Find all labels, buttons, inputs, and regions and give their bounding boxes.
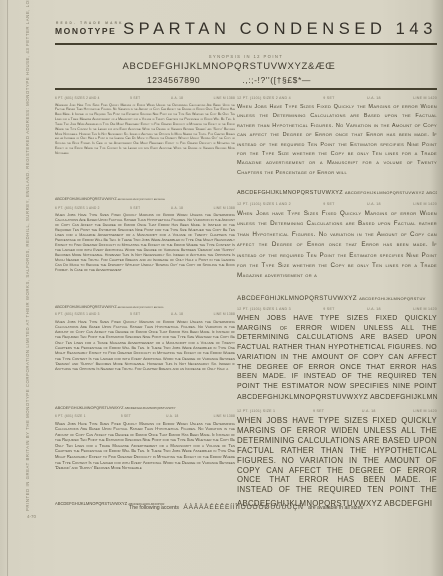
- specimen-text: When Jobs Have Type Sizes Fixed Quickly …: [237, 103, 437, 188]
- specimen-block-12pt-2: 12 PT. (1101) SIZES 1 AND 2 9 SET U.A. 1…: [237, 202, 437, 302]
- block-ua: U.A. 18: [171, 206, 183, 210]
- block-spec: 12 PT. (1101) SIZES 1 AND 3: [237, 307, 291, 311]
- block-header: 12 PT. (1101) SIZES 2 AND 4 9 SET U.A. 1…: [237, 96, 437, 100]
- specimen-block-6pt-1: 6 PT. (601) SIZES 2 AND 4 5 SET U.A. 18 …: [55, 96, 235, 201]
- specimen-text: When Jobs Have Type Sizes Fixed Quickly …: [55, 421, 235, 500]
- block-line: LINE M 1388: [214, 96, 235, 100]
- accent-glyphs: ÁÀÂÄÅÉÈÊËÍÌÎÏÓÒÔÖØÚÙÛÜÇÑ: [183, 504, 303, 511]
- block-ua: U.A. 18: [367, 96, 381, 100]
- block-ua: U.A. 18: [367, 202, 381, 206]
- block-set: 9 SET: [323, 307, 334, 311]
- specimen-text: When Jobs Have Type Sizes Fixed Quickly …: [55, 213, 235, 304]
- block-header: 6 PT. (601) SIZE 1 5 SET U.A. 18 LINE M …: [55, 414, 235, 418]
- block-header: 12 PT. (1101) SIZE 1 9 SET U.A. 18 LINE …: [237, 409, 437, 413]
- synopsis-uppercase: ABCDEFGHIJKLMNOPQRSTUVWXYZ&ÆŒ: [55, 61, 403, 72]
- block-set: 9 SET: [313, 409, 324, 413]
- block-ua: U.A. 18: [171, 312, 183, 316]
- edition-code: 4-70: [27, 514, 36, 519]
- block-spec: 6 PT. (601) SIZE 1: [55, 414, 86, 418]
- accents-prefix: The following accents: [129, 505, 179, 511]
- block-spec: 6 PT. (601) SIZES 1 AND 2: [55, 206, 100, 210]
- synopsis-figures-row: 1234567890 .,:;-!?''([†§£$*—: [55, 75, 403, 85]
- block-line: LINE M 1388: [214, 206, 235, 210]
- block-set: 5 SET: [121, 414, 131, 418]
- synopsis-figures: 1234567890: [147, 75, 200, 85]
- paper-edge-crease: [7, 0, 8, 576]
- specimen-block-6pt-2: 6 PT. (601) SIZES 1 AND 2 5 SET U.A. 18 …: [55, 206, 235, 309]
- block-spec: 12 PT. (1101) SIZES 1 AND 2: [237, 202, 291, 206]
- synopsis-punctuation: .,:;-!?''([†§£$*—: [242, 75, 311, 85]
- block-line: LINE M 1420: [413, 409, 437, 413]
- specimen-alphabet: ABCDEFGHIJKLMNOPQRSTUVWXYZ abcdefghijklm…: [55, 197, 235, 201]
- block-set: 9 SET: [323, 96, 334, 100]
- block-spec: 12 PT. (1101) SIZE 1: [237, 409, 275, 413]
- specimen-block-6pt-4: 6 PT. (601) SIZE 1 5 SET U.A. 18 LINE M …: [55, 414, 235, 506]
- specimen-sheet: PRINTED IN GREAT BRITAIN BY THE MONOTYPE…: [0, 0, 443, 576]
- specimen-text: Whenever Jobs Have Type Sizes Fixed Quic…: [55, 103, 235, 196]
- block-ua: U.A. 18: [171, 96, 183, 100]
- regd-trade-mark-label: REGD. TRADE MARK: [56, 21, 124, 25]
- specimen-text: WHEN JOBS HAVE TYPE SIZES FIXED QUICKLY …: [237, 314, 437, 392]
- block-line: LINE M 1388: [214, 414, 235, 418]
- block-line: LINE M 1420: [413, 307, 437, 311]
- block-ua: U.A. 18: [367, 307, 381, 311]
- specimen-alphabet: ABCDEFGHIJKLMNOPQRSTUVWXYZ abcdefghijklm…: [55, 405, 235, 410]
- specimen-text: When Jobs have Type Sizes Fixed Quickly …: [237, 209, 437, 293]
- synopsis-rule: [55, 88, 437, 90]
- specimen-block-12pt-3: 12 PT. (1101) SIZES 1 AND 3 9 SET U.A. 1…: [237, 307, 437, 401]
- specimen-text: WHEN JOBS HAVE TYPE SIZES FIXED QUICKLY …: [237, 416, 437, 496]
- specimen-block-12pt-1: 12 PT. (1101) SIZES 2 AND 4 9 SET U.A. 1…: [237, 96, 437, 196]
- block-header: 6 PT. (601) SIZES 2 AND 4 5 SET U.A. 18 …: [55, 96, 235, 100]
- block-set: 9 SET: [323, 202, 334, 206]
- block-set: 5 SET: [130, 206, 140, 210]
- block-line: LINE M 1388: [214, 312, 235, 316]
- block-header: 12 PT. (1101) SIZES 1 AND 2 9 SET U.A. 1…: [237, 202, 437, 206]
- block-spec: 6 PT. (601) SIZES 1 AND 3: [55, 312, 100, 316]
- accents-note: The following accents ÁÀÂÄÅÉÈÊËÍÌÎÏÓÒÔÖØ…: [55, 504, 437, 511]
- specimen-alphabet: ABCDEFGHIJKLMNOPQRSTUVWXYZ ABCDEFGHIJKLM…: [237, 394, 437, 401]
- block-line: LINE M 1420: [413, 96, 437, 100]
- specimen-block-6pt-3: 6 PT. (601) SIZES 1 AND 3 5 SET U.A. 18 …: [55, 312, 235, 410]
- block-set: 5 SET: [130, 312, 140, 316]
- block-set: 5 SET: [130, 96, 140, 100]
- accents-suffix: are available in all sizes: [308, 505, 363, 511]
- block-spec: 6 PT. (601) SIZES 2 AND 4: [55, 96, 100, 100]
- block-header: 12 PT. (1101) SIZES 1 AND 3 9 SET U.A. 1…: [237, 307, 437, 311]
- page-title: SPARTAN CONDENSED 143: [123, 20, 437, 39]
- specimen-alphabet: ABCDEFGHIJKLMNOPQRSTUVWXYZ abcdefghijklm…: [237, 295, 437, 302]
- specimen-alphabet: ABCDEFGHIJKLMNOPQRSTUVWXYZ abcdefghijklm…: [55, 305, 235, 309]
- block-spec: 12 PT. (1101) SIZES 2 AND 4: [237, 96, 291, 100]
- block-ua: U.A. 18: [166, 414, 178, 418]
- synopsis-label: SYNOPSIS IN 12 POINT: [55, 54, 437, 59]
- specimen-block-12pt-4: 12 PT. (1101) SIZE 1 9 SET U.A. 18 LINE …: [237, 409, 437, 508]
- specimen-alphabet: ABCDEFGHIJKLMNOPQRSTUVWXYZ abcdefghijklm…: [237, 190, 437, 196]
- header-rule: [55, 43, 437, 45]
- block-line: LINE M 1420: [413, 202, 437, 206]
- block-header: 6 PT. (601) SIZES 1 AND 3 5 SET U.A. 18 …: [55, 312, 235, 316]
- specimen-text: When Jobs Have Type Sizes Fixed Quickly …: [55, 319, 235, 404]
- block-ua: U.A. 18: [362, 409, 376, 413]
- printer-imprint-vertical: PRINTED IN GREAT BRITAIN BY THE MONOTYPE…: [25, 51, 30, 511]
- block-header: 6 PT. (601) SIZES 1 AND 2 5 SET U.A. 18 …: [55, 206, 235, 210]
- monotype-logo: MONOTYPE: [55, 26, 116, 36]
